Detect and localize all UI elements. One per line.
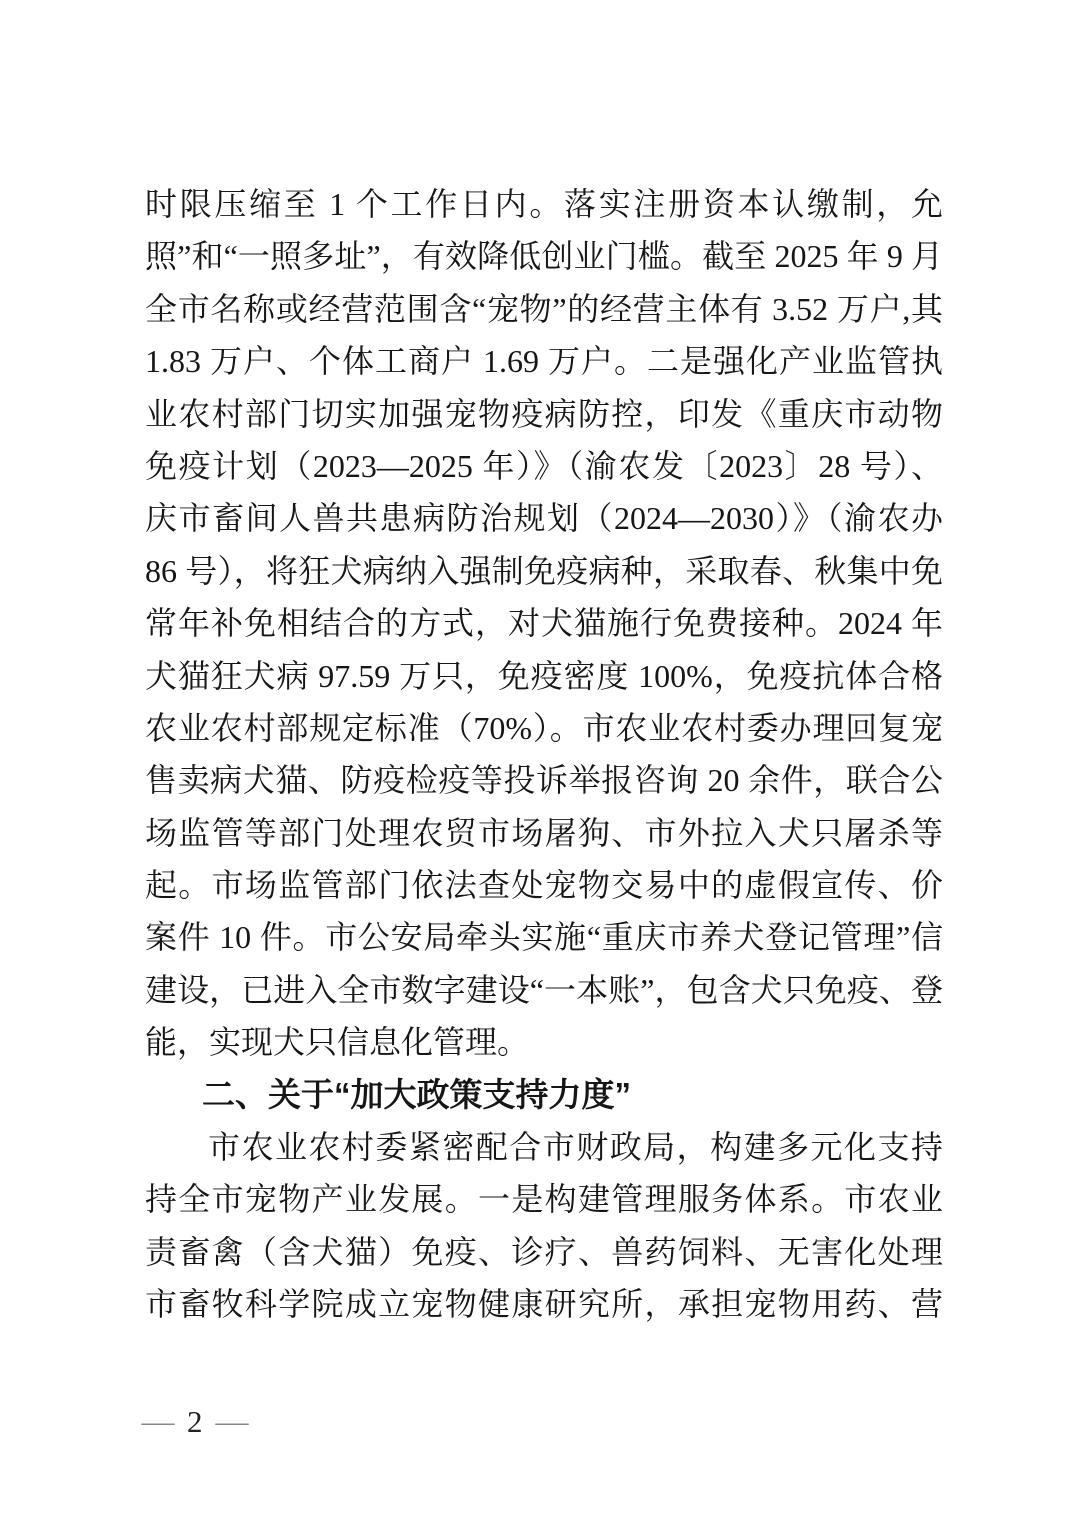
body-line: 持全市宠物产业发展。一是构建管理服务体系。市农业农村委负 xyxy=(145,1173,943,1225)
page-number: 2 xyxy=(187,1405,203,1439)
footer-dash-right: — xyxy=(215,1405,248,1439)
body-line: 时限压缩至 1 个工作日内。落实注册资本认缴制，允许“一址多 xyxy=(145,178,943,230)
body-line: 起。市场监管部门依法查处宠物交易中的虚假宣传、价格违法等 xyxy=(145,859,943,911)
footer-dash-left: — xyxy=(142,1405,175,1439)
body-line: 建设，已进入全市数字建设“一本账”，包含犬只免疫、登记等功 xyxy=(145,964,943,1016)
body-line: 售卖病犬猫、防疫检疫等投诉举报咨询 20 余件，联合公安、市 xyxy=(145,754,943,806)
body-line: 全市名称或经营范围含“宠物”的经营主体有 3.52 万户,其中企业 xyxy=(145,283,943,335)
body-line: 86 号），将狂犬病纳入强制免疫病种，采取春、秋集中免疫和 xyxy=(145,545,943,597)
body-line: 犬猫狂犬病 97.59 万只，免疫密度 100%，免疫抗体合格率高于 xyxy=(145,650,943,702)
body-line: 庆市畜间人兽共患病防治规划（2024—2030）》（渝农办发〔2024〕 xyxy=(145,492,943,544)
body-line: 业农村部门切实加强宠物疫病防控，印发《重庆市动物疫病强制 xyxy=(145,388,943,440)
document-page: 时限压缩至 1 个工作日内。落实注册资本认缴制，允许“一址多 照”和“一照多址”… xyxy=(0,0,1074,1520)
body-line: 案件 10 件。市公安局牵头实施“重庆市养犬登记管理”信息系统 xyxy=(145,911,943,963)
body-line: 照”和“一照多址”，有效降低创业门槛。截至 2025 年 9 月 12 日， xyxy=(145,230,943,282)
document-body: 时限压缩至 1 个工作日内。落实注册资本认缴制，允许“一址多 照”和“一照多址”… xyxy=(145,178,943,1331)
body-line: 责畜禽（含犬猫）免疫、诊疗、兽药饲料、无害化处理等监管； xyxy=(145,1226,943,1278)
section-heading: 二、关于“加大政策支持力度” xyxy=(145,1069,943,1121)
page-footer: — 2 — xyxy=(143,1405,247,1439)
body-line: 1.83 万户、个体工商户 1.69 万户。二是强化产业监管执法。农 xyxy=(145,335,943,387)
body-line: 常年补免相结合的方式，对犬猫施行免费接种。2024 年共免疫 xyxy=(145,597,943,649)
paragraph-end-line: 能，实现犬只信息化管理。 xyxy=(145,1016,943,1068)
body-line: 市畜牧科学院成立宠物健康研究所，承担宠物用药、营养、福利 xyxy=(145,1278,943,1330)
body-line: 场监管等部门处理农贸市场屠狗、市外拉入犬只屠杀等事件 3 xyxy=(145,807,943,859)
paragraph-first-line: 市农业农村委紧密配合市财政局，构建多元化支持体系，支 xyxy=(145,1121,943,1173)
body-line: 农业农村部规定标准（70%）。市农业农村委办理回复宠物诊疗、 xyxy=(145,702,943,754)
body-line: 免疫计划（2023—2025 年）》（渝农发〔2023〕28 号）、《重 xyxy=(145,440,943,492)
